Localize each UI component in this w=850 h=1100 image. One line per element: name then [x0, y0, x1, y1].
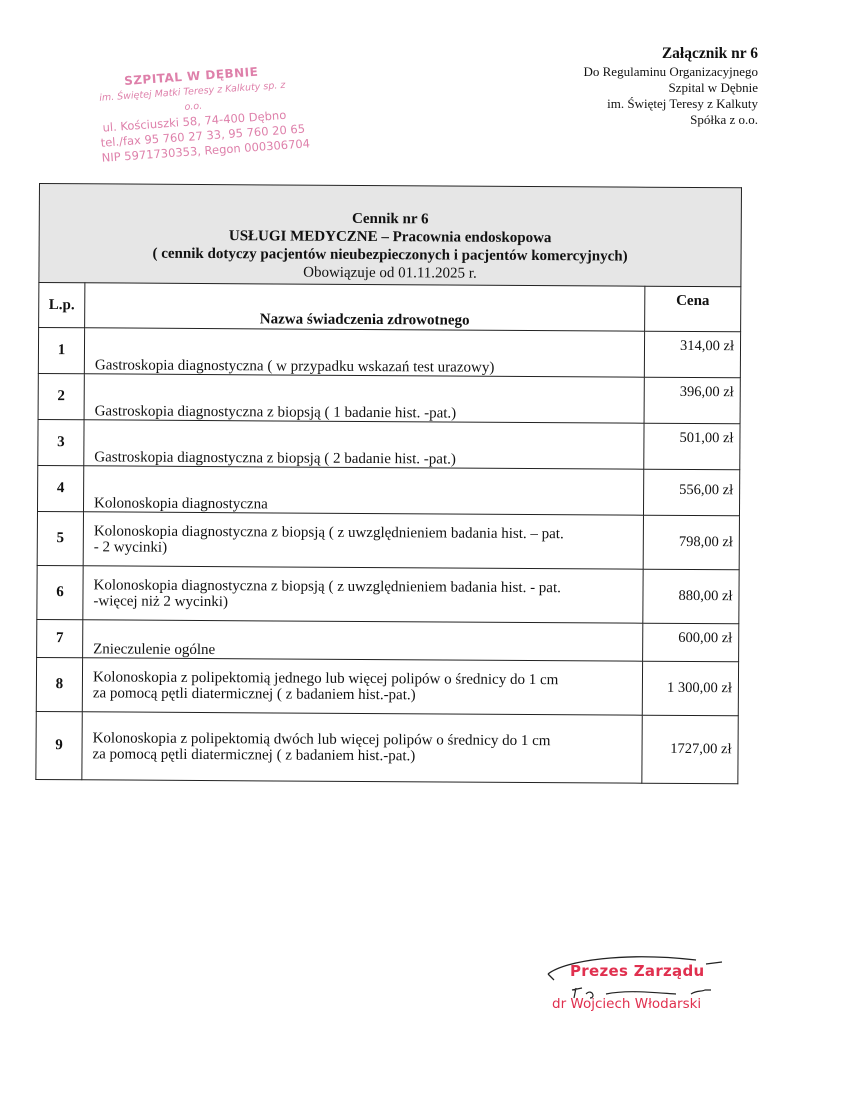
- table-row: 3 Gastroskopia diagnostyczna z biopsją (…: [38, 419, 740, 469]
- annex-line: Szpital w Dębnie: [584, 80, 759, 96]
- table-row: 1 Gastroskopia diagnostyczna ( w przypad…: [38, 328, 740, 378]
- annex-title: Załącznik nr 6: [584, 44, 759, 64]
- table-row: 5 Kolonoskopia diagnostyczna z biopsją (…: [37, 511, 739, 569]
- service-name: Znieczulenie ogólne: [83, 620, 643, 661]
- row-number: 5: [37, 511, 83, 565]
- service-name-line2: - 2 wycinki): [94, 539, 637, 558]
- hospital-stamp: SZPITAL W DĘBNIE im. Świętej Matki Teres…: [96, 63, 292, 166]
- row-number: 6: [37, 565, 83, 619]
- service-price: 1727,00 zł: [642, 715, 738, 784]
- row-number: 4: [37, 465, 83, 511]
- table-row: 9 Kolonoskopia z polipektomią dwóch lub …: [36, 711, 738, 783]
- service-name-line2: za pomocą pętli diatermicznej ( z badani…: [93, 685, 636, 704]
- service-name-line2: -więcej niż 2 wycinki): [93, 593, 636, 612]
- service-name: Kolonoskopia diagnostyczna z biopsją ( z…: [83, 566, 643, 623]
- row-number: 3: [38, 419, 84, 465]
- row-number: 2: [38, 373, 84, 419]
- signature-block: Prezes Zarządu dr Wojciech Włodarski: [552, 962, 752, 1012]
- service-name-line2: za pomocą pętli diatermicznej ( z badani…: [92, 746, 635, 765]
- service-price: 396,00 zł: [644, 377, 740, 424]
- table-row: 6 Kolonoskopia diagnostyczna z biopsją (…: [37, 565, 739, 623]
- annex-line: im. Świętej Teresy z Kalkuty: [584, 96, 759, 112]
- service-name: Gastroskopia diagnostyczna ( w przypadku…: [84, 328, 644, 377]
- service-price: 501,00 zł: [644, 423, 740, 470]
- table-row: 8 Kolonoskopia z polipektomią jednego lu…: [36, 657, 738, 715]
- service-price: 600,00 zł: [643, 623, 739, 662]
- service-price: 314,00 zł: [644, 331, 740, 378]
- table-row: 2 Gastroskopia diagnostyczna z biopsją (…: [38, 373, 740, 423]
- row-number: 9: [36, 711, 82, 779]
- column-header-price: Cena: [645, 286, 741, 332]
- annex-header: Załącznik nr 6 Do Regulaminu Organizacyj…: [584, 44, 759, 128]
- service-name: Kolonoskopia diagnostyczna: [83, 466, 643, 515]
- service-name-line1: Kolonoskopia diagnostyczna z biopsją ( z…: [94, 523, 637, 542]
- service-name: Gastroskopia diagnostyczna z biopsją ( 2…: [84, 420, 644, 469]
- column-header-name: Nazwa świadczenia zdrowotnego: [85, 283, 645, 331]
- service-price: 556,00 zł: [643, 469, 739, 516]
- column-header-lp: L.p.: [39, 283, 85, 328]
- annex-line: Do Regulaminu Organizacyjnego: [584, 64, 759, 80]
- service-price: 1 300,00 zł: [642, 661, 738, 716]
- handwritten-signature-icon: [546, 950, 736, 1000]
- valid-from: Obowiązuje od 01.11.2025 r.: [47, 262, 732, 284]
- row-number: 8: [36, 657, 82, 711]
- service-name: Gastroskopia diagnostyczna z biopsją ( 1…: [84, 374, 644, 423]
- annex-line: Spółka z o.o.: [584, 112, 759, 128]
- service-name: Kolonoskopia diagnostyczna z biopsją ( z…: [83, 512, 643, 569]
- service-name: Kolonoskopia z polipektomią dwóch lub wi…: [82, 712, 642, 783]
- table-heading: Cennik nr 6 USŁUGI MEDYCZNE – Pracownia …: [39, 184, 742, 287]
- service-name: Kolonoskopia z polipektomią jednego lub …: [82, 658, 642, 715]
- service-price: 798,00 zł: [643, 515, 739, 570]
- table-row: 7 Znieczulenie ogólne 600,00 zł: [37, 619, 739, 661]
- table-row: 4 Kolonoskopia diagnostyczna 556,00 zł: [37, 465, 739, 515]
- row-number: 1: [38, 328, 84, 374]
- row-number: 7: [37, 619, 83, 657]
- price-table: Cennik nr 6 USŁUGI MEDYCZNE – Pracownia …: [35, 183, 742, 784]
- service-price: 880,00 zł: [643, 569, 739, 624]
